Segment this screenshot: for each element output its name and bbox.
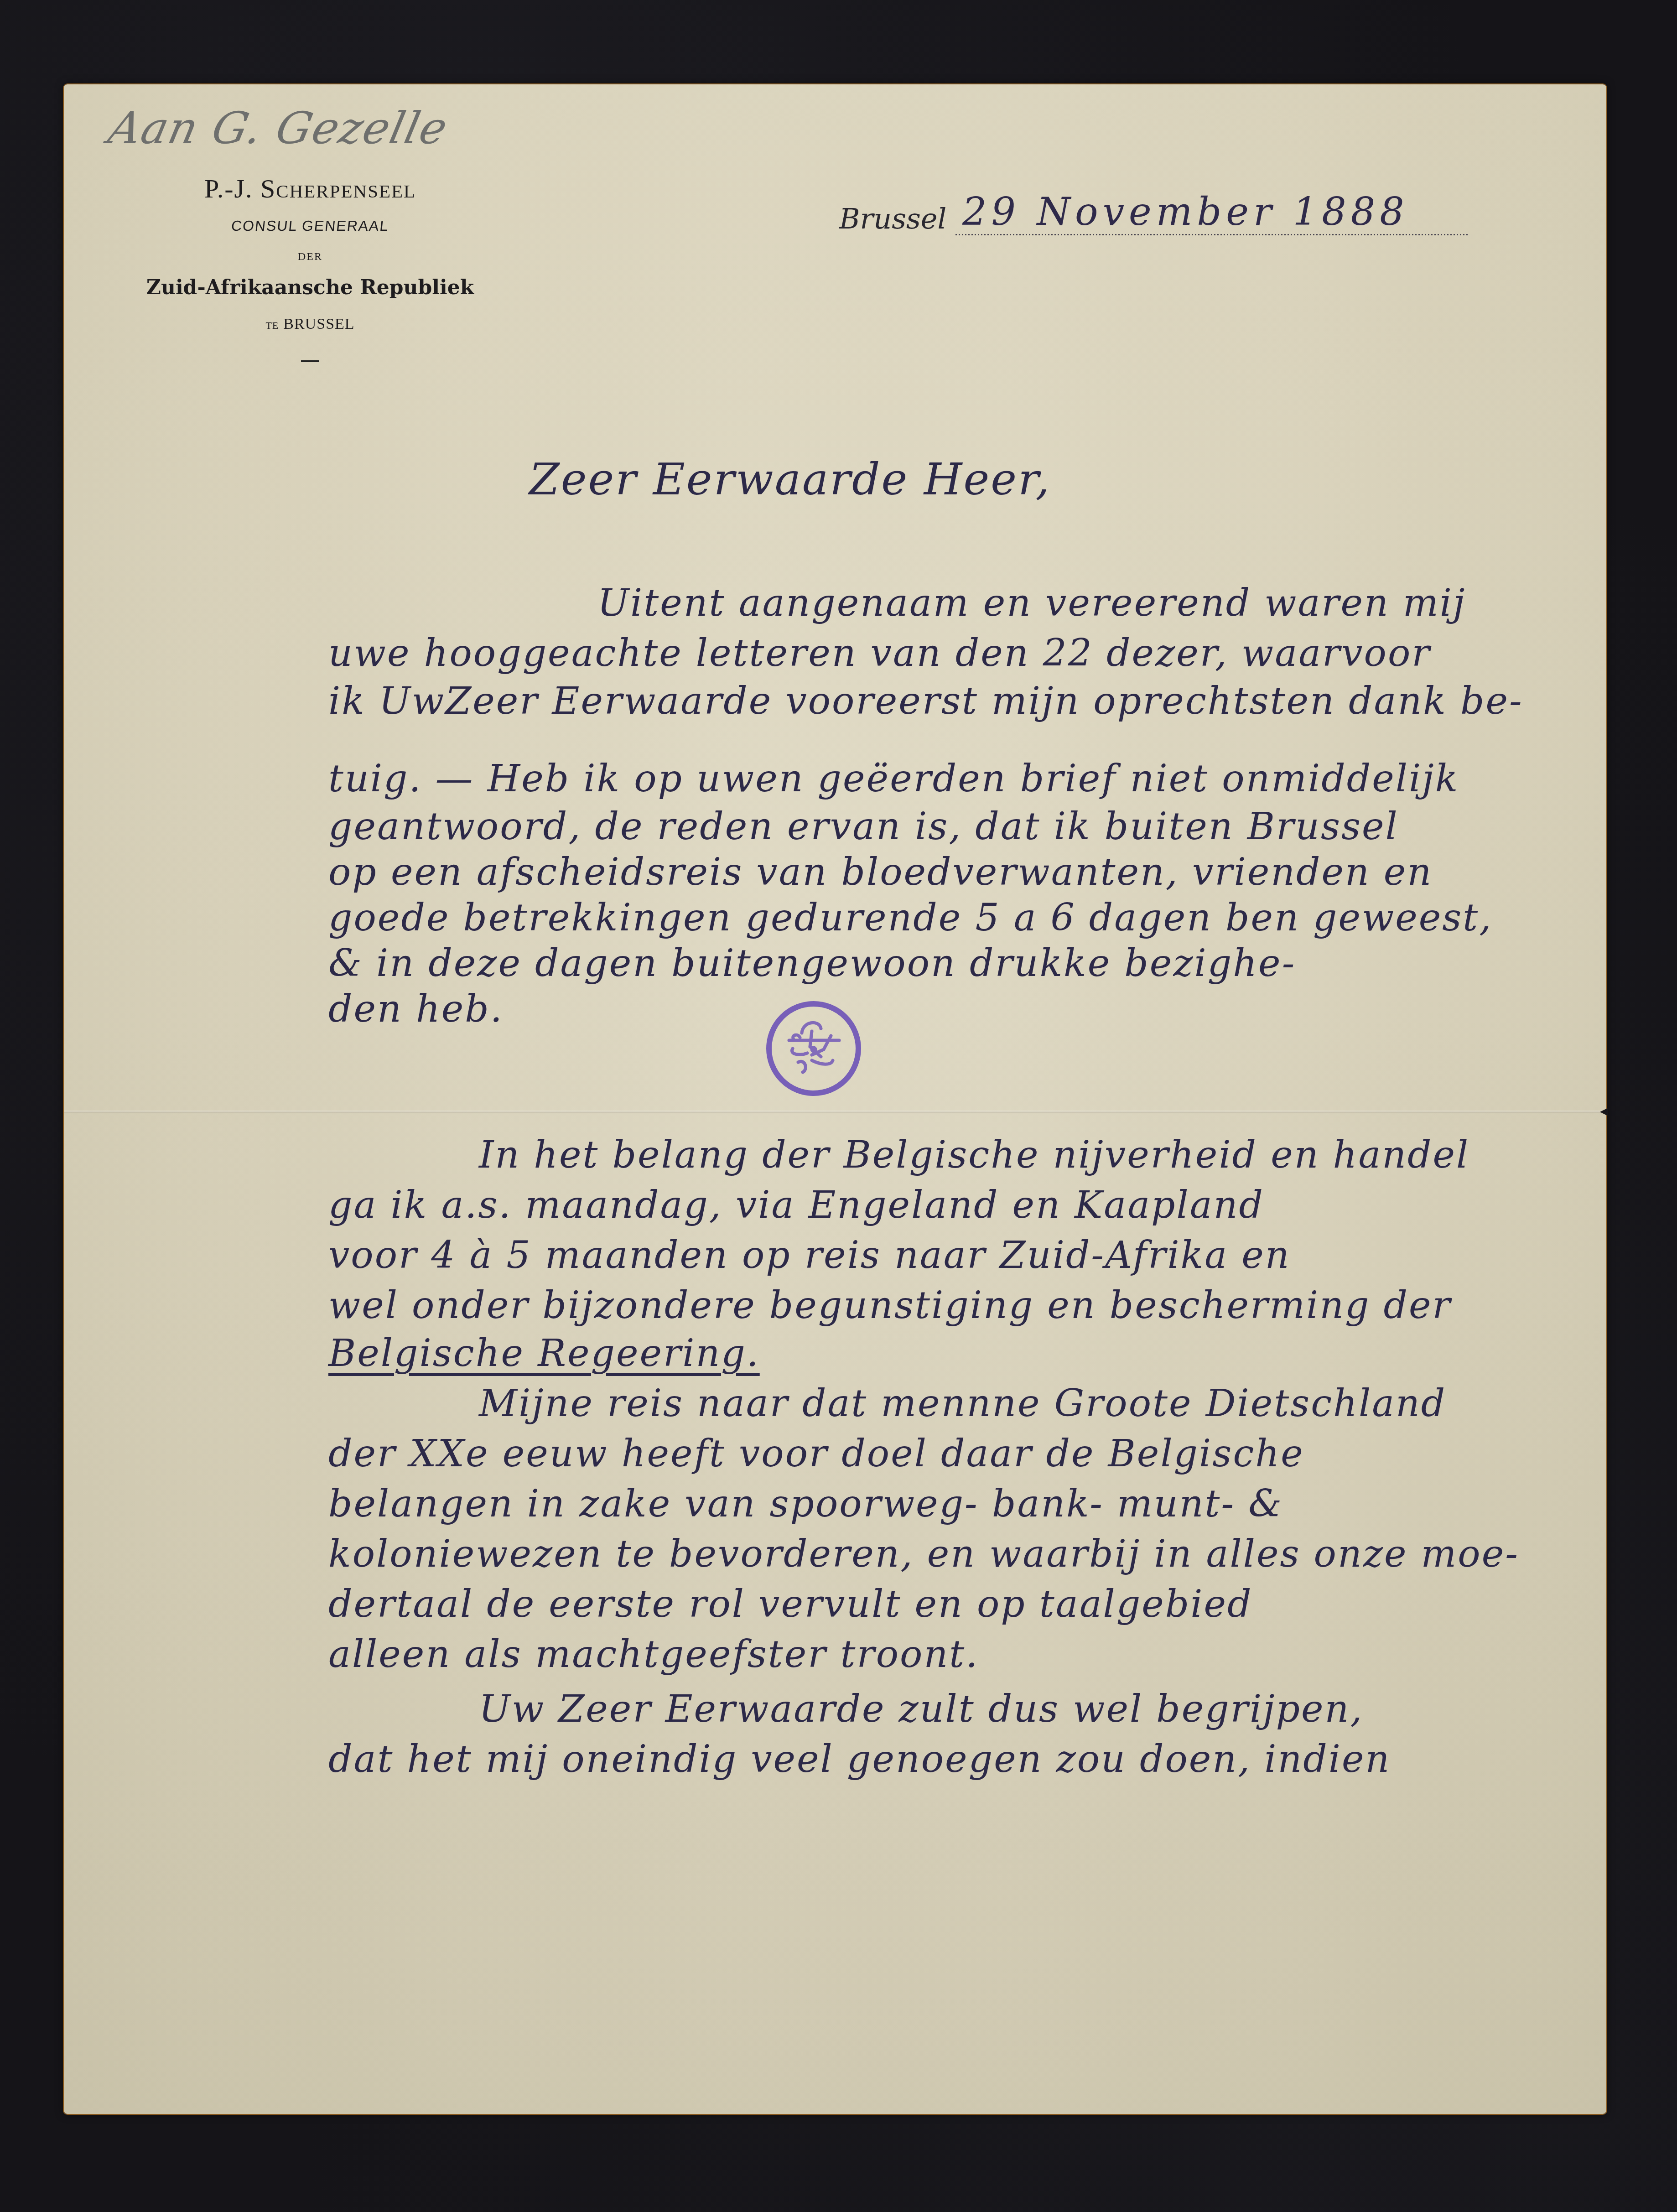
salutation: Zeer Eerwaarde Heer,	[529, 454, 1051, 505]
letterhead-name: P.-J. Scherpenseel	[132, 173, 488, 204]
body-line: belangen in zake van spoorweg- bank- mun…	[328, 1482, 1283, 1526]
body-line: koloniewezen te bevorderen, en waarbij i…	[328, 1532, 1519, 1576]
body-line: der XXe eeuw heeft voor doel daar de Bel…	[328, 1432, 1304, 1475]
pencil-annotation: Aan G. Gezelle	[104, 103, 452, 154]
edge-notch	[1600, 1108, 1608, 1116]
letter-sheet: Aan G. Gezelle P.-J. Scherpenseel CONSUL…	[64, 84, 1606, 2114]
body-line: Belgische Regeering.	[328, 1332, 760, 1375]
body-line: op een afscheidsreis van bloedverwanten,…	[328, 851, 1433, 894]
body-line: ik UwZeer Eerwaarde vooreerst mijn oprec…	[328, 680, 1523, 723]
letterhead-title: CONSUL GENERAAL	[230, 218, 389, 234]
dateline: Brussel 29 November 1888	[830, 189, 1469, 244]
body-line: Mijne reis naar dat mennne Groote Dietsc…	[479, 1382, 1446, 1425]
stamp-monogram-icon	[780, 1015, 847, 1082]
letterhead: P.-J. Scherpenseel CONSUL GENERAAL DER Z…	[132, 173, 488, 362]
body-line: voor 4 à 5 maanden op reis naar Zuid-Afr…	[328, 1234, 1291, 1277]
body-line: uwe hooggeachte letteren van den 22 deze…	[328, 632, 1431, 675]
body-line: dat het mij oneindig veel genoegen zou d…	[328, 1738, 1391, 1781]
body-line: dertaal de eerste rol vervult en op taal…	[328, 1583, 1253, 1626]
letterhead-der: DER	[132, 251, 488, 263]
body-line: Uw Zeer Eerwaarde zult dus wel begrijpen…	[479, 1688, 1363, 1731]
body-line: tuig. — Heb ik op uwen geëerden brief ni…	[328, 757, 1459, 800]
body-line: den heb.	[328, 987, 504, 1031]
letterhead-rule	[301, 360, 319, 362]
letterhead-republic: Zuid-Afrikaansche Republiek	[132, 276, 488, 299]
underlined-text: Belgische Regeering.	[328, 1332, 760, 1375]
body-line: In het belang der Belgische nijverheid e…	[479, 1133, 1469, 1177]
date-place: Brussel	[839, 202, 946, 235]
ink-stamp	[766, 1001, 861, 1096]
body-line: ga ik a.s. maandag, via Engeland en Kaap…	[328, 1184, 1264, 1227]
body-line: wel onder bijzondere begunstiging en bes…	[328, 1284, 1452, 1327]
body-line: goede betrekkingen gedurende 5 a 6 dagen…	[328, 896, 1492, 940]
letterhead-city: TEBRUSSEL	[132, 316, 488, 333]
body-line: Uitent aangenaam en vereerend waren mij	[597, 582, 1466, 625]
letterhead-city-prefix: TE	[265, 320, 279, 331]
date-value: 29 November 1888	[962, 189, 1409, 234]
body-line: alleen als machtgeefster troont.	[328, 1633, 979, 1676]
letterhead-city-name: BRUSSEL	[283, 316, 354, 332]
date-dotted-rule	[955, 234, 1469, 235]
fold-crease	[64, 1111, 1606, 1113]
body-line: & in deze dagen buitengewoon drukke bezi…	[328, 942, 1296, 985]
body-line: geantwoord, de reden ervan is, dat ik bu…	[328, 805, 1399, 848]
